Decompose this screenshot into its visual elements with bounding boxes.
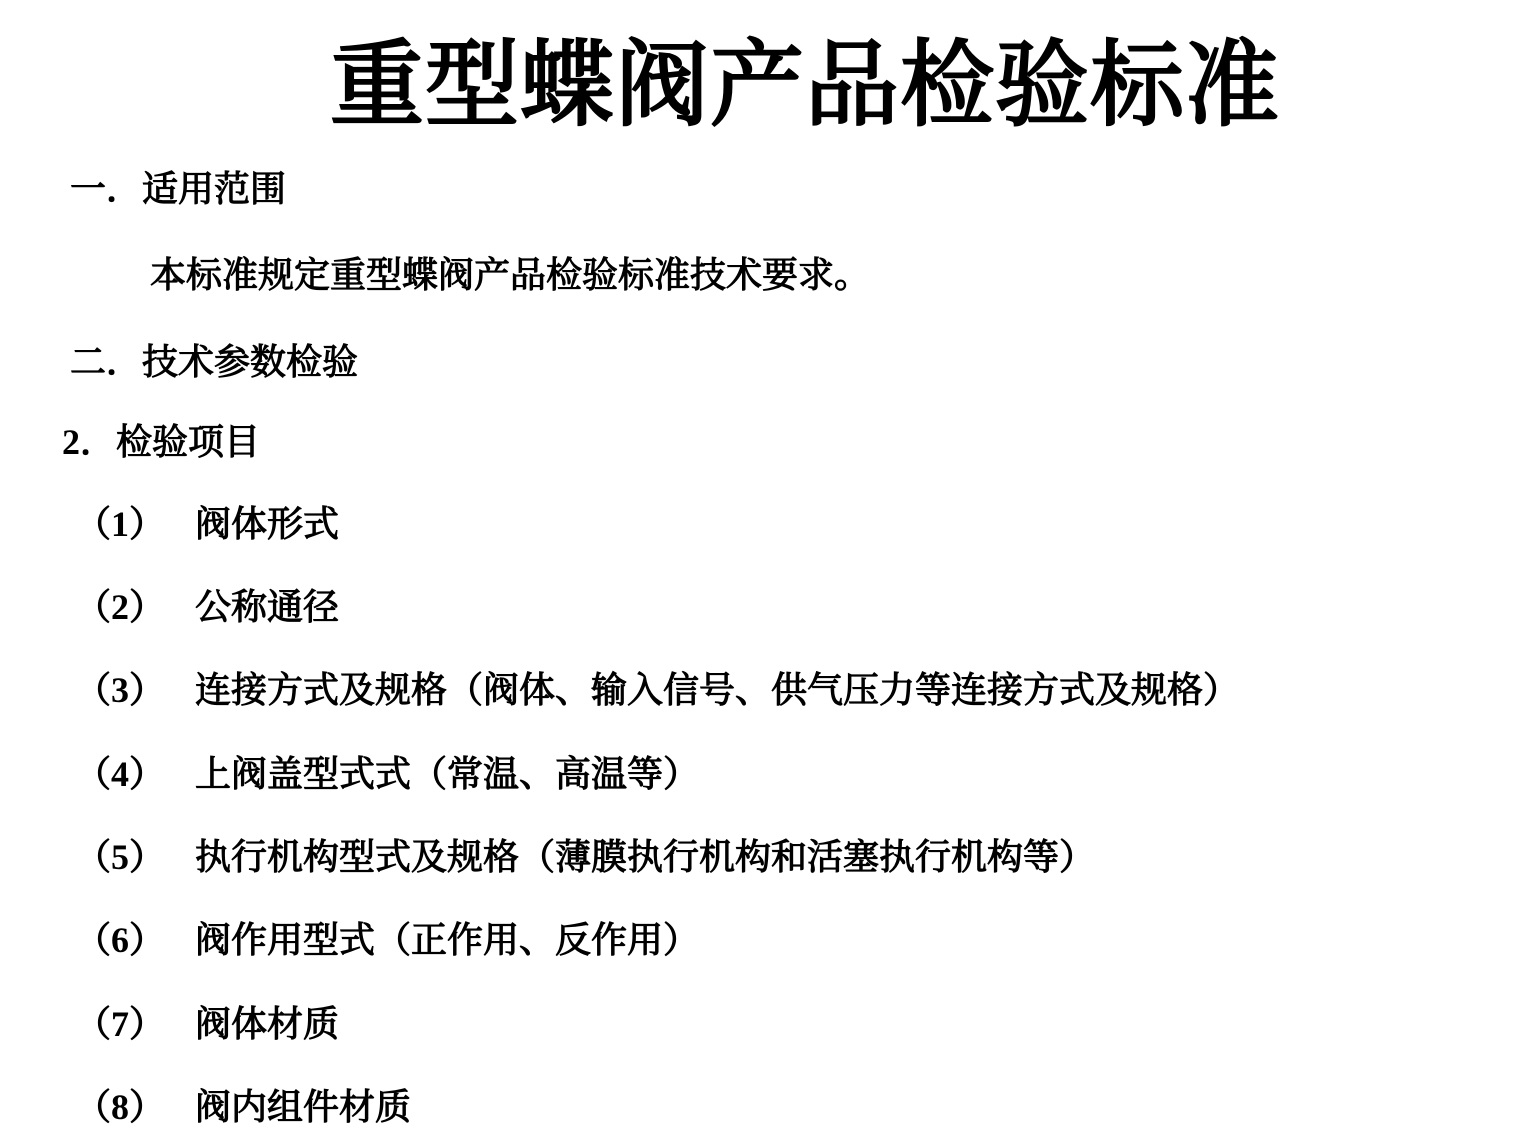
list-item-text: 连接方式及规格（阀体、输入信号、供气压力等连接方式及规格） — [195, 666, 1239, 715]
list-item-text: 阀内组件材质 — [195, 1083, 411, 1132]
list-item: （1） 阀体形式 — [75, 500, 339, 549]
list-item-text: 公称通径 — [195, 583, 339, 632]
document-page: 重型蝶阀产品检验标准 一．适用范围 本标准规定重型蝶阀产品检验标准技术要求。 二… — [0, 0, 1532, 1144]
list-item-number: （8） — [75, 1083, 195, 1132]
list-item-number: （2） — [75, 583, 195, 632]
list-item-number: （7） — [75, 1000, 195, 1049]
list-item: （6） 阀作用型式（正作用、反作用） — [75, 916, 699, 965]
list-item-number: （1） — [75, 500, 195, 549]
document-title: 重型蝶阀产品检验标准 — [78, 28, 1532, 146]
list-item-number: （6） — [75, 916, 195, 965]
list-item: （5） 执行机构型式及规格（薄膜执行机构和活塞执行机构等） — [75, 833, 1095, 882]
section1-body-paragraph: 本标准规定重型蝶阀产品检验标准技术要求。 — [150, 251, 870, 300]
list-item: （4） 上阀盖型式式（常温、高温等） — [75, 750, 699, 799]
list-item-number: （4） — [75, 750, 195, 799]
list-item-text: 阀体形式 — [195, 500, 339, 549]
list-item: （7） 阀体材质 — [75, 1000, 339, 1049]
list-item-text: 阀体材质 — [195, 1000, 339, 1049]
list-item: （8） 阀内组件材质 — [75, 1083, 411, 1132]
list-item: （3） 连接方式及规格（阀体、输入信号、供气压力等连接方式及规格） — [75, 666, 1239, 715]
list-item-text: 阀作用型式（正作用、反作用） — [195, 916, 699, 965]
section1-heading: 一．适用范围 — [70, 165, 286, 214]
section2-heading: 二．技术参数检验 — [70, 338, 358, 387]
section2-subheading: 2．检验项目 — [62, 418, 260, 467]
list-item-text: 上阀盖型式式（常温、高温等） — [195, 750, 699, 799]
list-item: （2） 公称通径 — [75, 583, 339, 632]
list-item-number: （3） — [75, 666, 195, 715]
list-item-text: 执行机构型式及规格（薄膜执行机构和活塞执行机构等） — [195, 833, 1095, 882]
list-item-number: （5） — [75, 833, 195, 882]
